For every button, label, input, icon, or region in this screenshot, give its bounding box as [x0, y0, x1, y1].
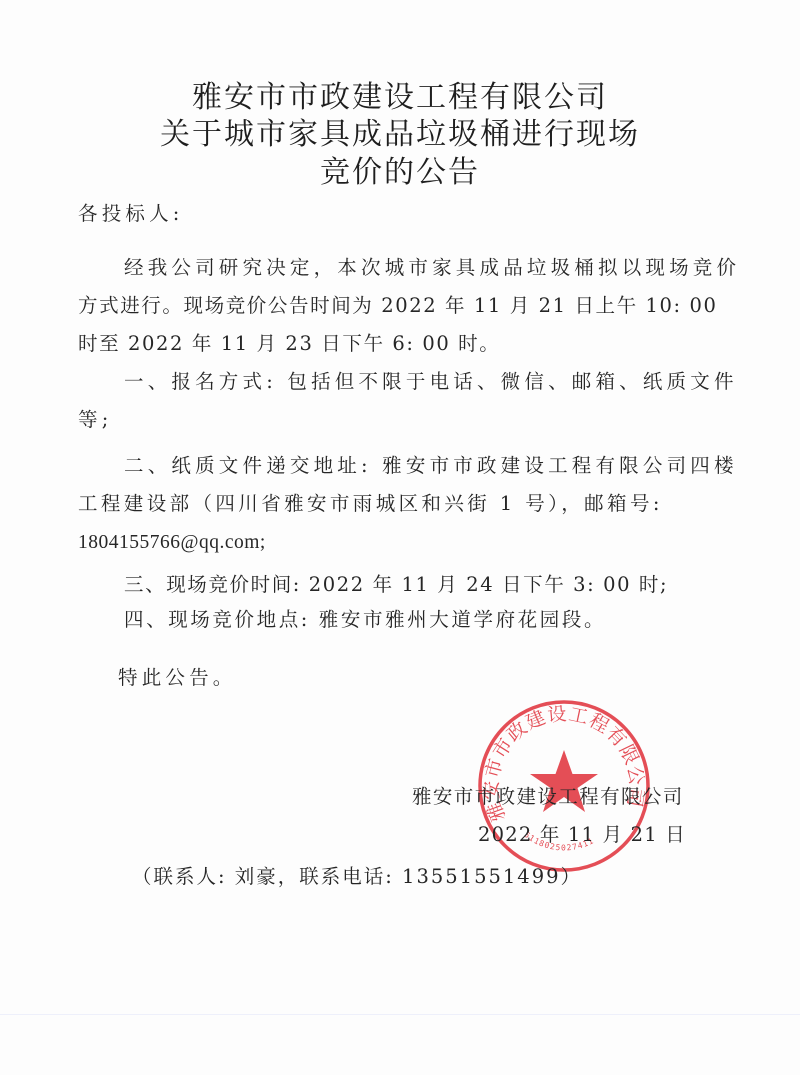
body-line: 二、纸质文件递交地址: 雅安市市政建设工程有限公司四楼 — [124, 453, 738, 479]
signature-date: 2022 年 11 月 21 日 — [478, 822, 686, 848]
scan-artifact-line — [0, 1014, 800, 1015]
document-page: 雅安市市政建设工程有限公司 关于城市家具成品垃圾桶进行现场 竞价的公告 各投标人… — [0, 0, 800, 1075]
body-line: 四、现场竞价地点: 雅安市雅州大道学府花园段。 — [124, 607, 606, 633]
contact-info: （联系人: 刘豪，联系电话: 13551551499） — [132, 864, 582, 890]
body-line: 等; — [78, 407, 112, 433]
title-line-2: 关于城市家具成品垃圾桶进行现场 — [0, 117, 800, 153]
body-line: 方式进行。现场竞价公告时间为 2022 年 11 月 21 日上午 10: 00 — [78, 293, 718, 319]
title-line-3: 竞价的公告 — [0, 155, 800, 191]
body-line: 工程建设部（四川省雅安市雨城区和兴街 1 号），邮箱号: — [78, 491, 663, 517]
body-line: 一、报名方式: 包括但不限于电话、微信、邮箱、纸质文件 — [124, 369, 738, 395]
body-line: 时至 2022 年 11 月 23 日下午 6: 00 时。 — [78, 331, 500, 357]
body-line: 经我公司研究决定，本次城市家具成品垃圾桶拟以现场竞价 — [124, 255, 740, 281]
body-line: 三、现场竞价时间: 2022 年 11 月 24 日下午 3: 00 时; — [124, 572, 668, 598]
closing-text: 特此公告。 — [118, 665, 237, 691]
salutation: 各投标人: — [78, 201, 184, 227]
email-text: 1804155766@qq.com; — [78, 530, 266, 556]
title-line-1: 雅安市市政建设工程有限公司 — [0, 80, 800, 116]
signature-company: 雅安市市政建设工程有限公司 — [412, 784, 684, 810]
